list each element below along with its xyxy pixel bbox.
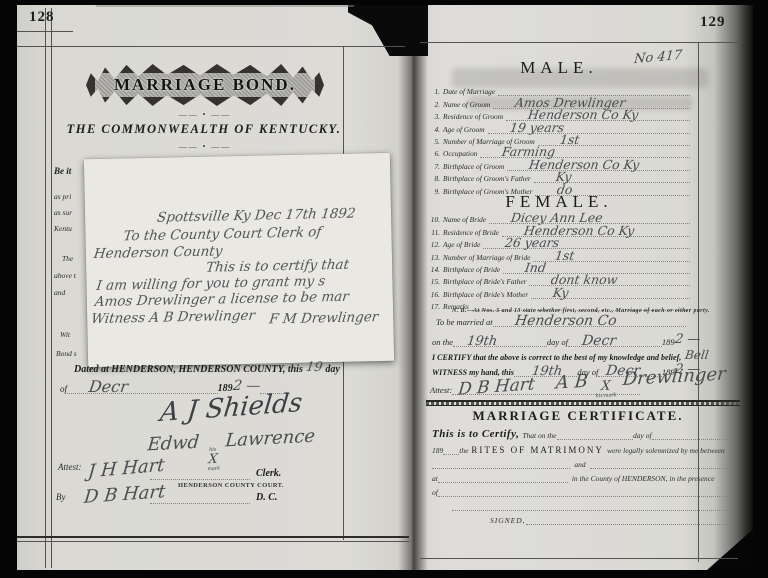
row-value: 26 years: [504, 235, 560, 250]
attest-label: Attest:: [58, 462, 82, 472]
rule-line: [420, 558, 738, 559]
rule-line: [17, 541, 409, 542]
court-name-small: HENDERSON COUNTY COURT.: [178, 482, 284, 489]
married-at-value: Henderson Co: [513, 313, 617, 329]
note-certify: This is to certify that: [205, 257, 350, 276]
by-label: By: [56, 492, 66, 502]
dc-label: D. C.: [256, 492, 277, 503]
cert-line-1: This is to Certify, That on the day of: [432, 428, 728, 440]
background-right: [753, 0, 768, 578]
scanned-marriage-record: 128 MARRIAGE BOND. —— • —— THE COMMONWEA…: [0, 0, 768, 578]
background-bottom: [0, 570, 768, 578]
year-handwritten: 2 —: [674, 332, 702, 347]
dated-day-handwritten: 19: [305, 360, 324, 375]
certify-handwriting: Bell: [684, 348, 710, 362]
cert-line-4: at in the County of HENDERSON, in the pr…: [432, 472, 728, 483]
note-signature: F M Drewlinger: [268, 309, 379, 327]
rule-line: [698, 42, 699, 562]
record-row: 13.Number of Marriage of Bride1st: [428, 249, 690, 261]
surety-last-name: Lawrence: [224, 426, 315, 452]
of-label: of: [60, 384, 67, 394]
rule-line: [17, 536, 409, 538]
attest-line: Attest: D B Hart: [430, 384, 640, 395]
married-at-line: To be married at Henderson Co: [436, 316, 686, 327]
bond-text-fragment: Wit: [60, 330, 70, 339]
record-row: 5.Number of Marriage of Groom1st: [428, 134, 690, 146]
rule-line: [17, 46, 405, 47]
male-section-heading: MALE.: [428, 58, 690, 78]
cert-signed-label: SIGNED,: [490, 516, 526, 525]
month-value: Decr: [581, 333, 617, 349]
note-place-date: Spottsville Ky Dec 17th 1892: [156, 206, 356, 226]
dated-day-label: day: [325, 364, 339, 375]
cert-intro: This is to Certify,: [432, 428, 519, 440]
consent-note-paper: Spottsville Ky Dec 17th 1892 To the Coun…: [84, 153, 394, 367]
marriage-date-line: on the 19th day of Decr 189 2 —: [432, 332, 700, 347]
day-value: 19th: [466, 334, 498, 349]
cert-line-2: 189 the RITES OF MATRIMONY were legally …: [432, 444, 728, 455]
note-addressee: To the County Court Clerk of: [123, 224, 323, 244]
cert-rites: RITES OF MATRIMONY: [471, 445, 604, 455]
cert-line-3: and: [432, 458, 728, 469]
year-printed: 189: [662, 337, 675, 347]
cert-solemnized: were legally solemnized by me between: [607, 446, 725, 455]
bond-text-fragment: as pri: [54, 192, 71, 201]
surety-signature: Edwd his X mark Lawrence: [147, 426, 317, 476]
cert-the: the: [459, 446, 468, 455]
ornament-divider: —— • ——: [140, 110, 270, 119]
note-county: Henderson County: [93, 243, 223, 262]
binding-gutter-shadow: [398, 4, 428, 570]
record-row: 16.Birthplace of Bride's MotherKy: [428, 286, 690, 298]
rule-line: [51, 8, 52, 568]
clerk-label: Clerk.: [256, 468, 281, 479]
cert-county: in the County of HENDERSON, in the prese…: [572, 474, 715, 483]
attest-label: Attest:: [430, 385, 452, 395]
dated-line: Dated at HENDERSON, HENDERSON COUNTY, th…: [74, 360, 362, 375]
on-the-label: on the: [432, 337, 453, 347]
cert-year: 189: [432, 446, 443, 455]
row-value: 1st: [554, 248, 576, 263]
ornament-divider: —— • ——: [150, 142, 260, 151]
married-at-label: To be married at: [436, 317, 493, 327]
bond-text-fragment: and: [54, 288, 65, 297]
dated-text: Dated at HENDERSON, HENDERSON COUNTY, th…: [74, 364, 303, 375]
cert-line-5: of: [432, 486, 728, 497]
marriage-certificate-heading: MARRIAGE CERTIFICATE.: [428, 408, 728, 424]
record-row: 4.Age of Groom19 years: [428, 121, 690, 133]
banner-title: MARRIAGE BOND.: [114, 75, 296, 95]
surety-first-name: Edwd: [147, 432, 200, 456]
left-page-number: 128: [29, 9, 55, 26]
rule-line: [420, 42, 742, 43]
rule-line: [45, 8, 46, 568]
cert-signed-line: SIGNED,: [490, 514, 728, 525]
male-record-rows: 1.Date of Marriage 2.Name of GroomAmos D…: [428, 84, 690, 196]
certify-line: I CERTIFY that the above is correct to t…: [432, 348, 722, 362]
month-handwritten: Decr: [88, 377, 130, 396]
certify-text: I CERTIFY that the above is correct to t…: [432, 353, 681, 362]
bond-text-fragment: Bond s: [56, 349, 77, 358]
cert-and: and: [574, 460, 585, 469]
row-value: Ky: [552, 285, 570, 300]
row-value: Henderson Co Ky: [528, 157, 640, 172]
background-left: [0, 0, 17, 578]
his-mark: his X mark: [206, 447, 220, 473]
bond-text-fragment: above t: [54, 271, 76, 280]
bond-text-fragment: Kentu: [54, 224, 72, 233]
cert-line-6: [452, 500, 728, 511]
row-value: Ind: [524, 260, 547, 275]
row-value: 19 years: [509, 120, 565, 135]
cert-that-on: That on the: [522, 431, 556, 440]
note-witness: Witness A B Drewlinger: [90, 308, 256, 327]
right-page-number: 129: [700, 14, 726, 31]
dotted-line: [150, 502, 250, 504]
day-of-label: day of: [547, 337, 568, 347]
bond-text-fragment: The: [62, 254, 73, 263]
cert-day-of: day of: [633, 431, 652, 440]
female-record-rows: 10.Name of BrideDicey Ann Lee 11.Residen…: [428, 212, 690, 311]
female-section-heading: FEMALE.: [428, 192, 690, 212]
bond-text-fragment: as sur: [54, 208, 72, 217]
dotted-line: [150, 478, 250, 480]
commonwealth-heading: THE COMMONWEALTH OF KENTUCKY.: [54, 122, 354, 137]
background-top: [0, 0, 768, 5]
row-value: 1st: [559, 132, 581, 147]
bond-text-fragment: Be it: [54, 166, 71, 176]
section-separator: [426, 400, 740, 406]
